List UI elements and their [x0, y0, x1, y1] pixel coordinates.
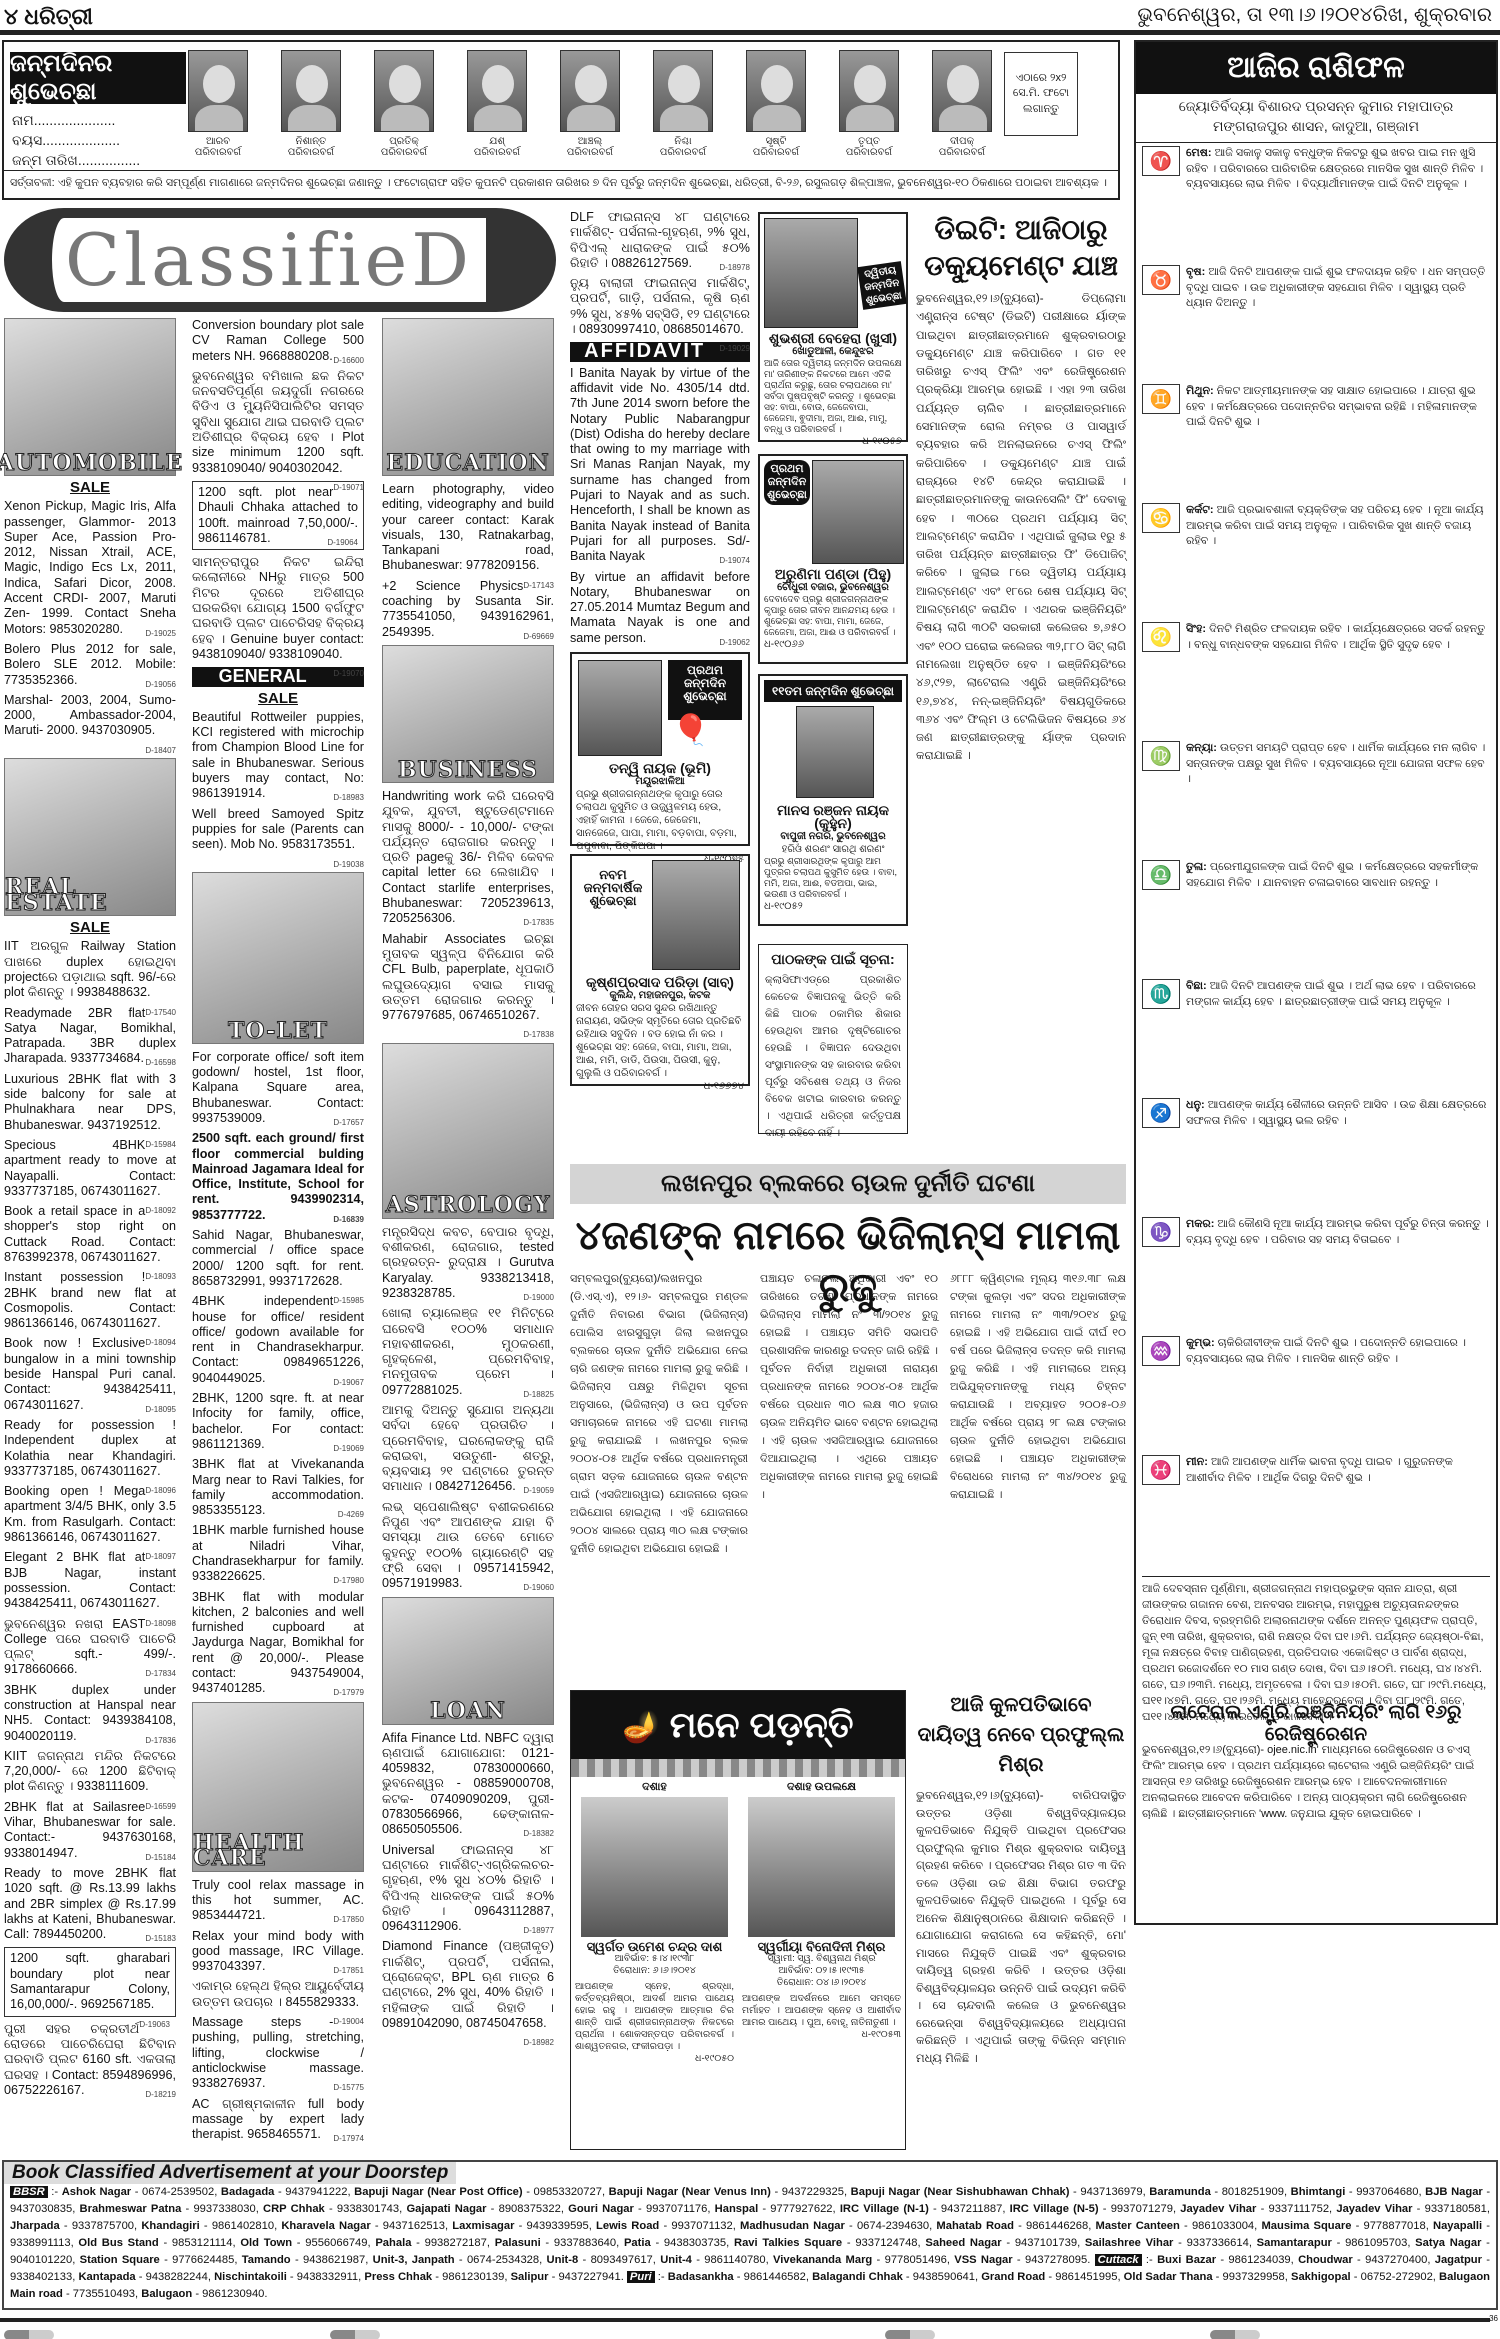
- ad-id: D-17540: [145, 1005, 176, 1020]
- booking-phone: 8908375322: [499, 2203, 561, 2215]
- ad-id: D-18825: [523, 1387, 554, 1402]
- wish-badge: ଦ୍ୱିତୀୟ ଜନ୍ମଦିନ ଶୁଭେଚ୍ଛା: [857, 261, 907, 310]
- booking-phone: 9937071176: [646, 2203, 707, 2215]
- wish-name: ତନ୍ୱି ନାୟକ (ଭୂମି): [576, 762, 744, 775]
- footer-title: Book Classified Advertisement at your Do…: [4, 2162, 456, 2184]
- ad-text: I Banita Nayak by virtue of the affidavi…: [570, 366, 750, 564]
- footer-header: Book Classified Advertisement at your Do…: [4, 2162, 1496, 2184]
- ad-id: ଧ-୧୯୦୫୦: [575, 2053, 734, 2065]
- ad-text: ସାମନ୍ତରାପୁର ନିକଟ ଇନ୍ଦିରା କଲୋନୀରେ NHରୁ ମା…: [192, 555, 364, 661]
- portrait-photo: [748, 1797, 895, 1937]
- sign-prediction: ଉତ୍ତମ ସମୟଟି ପ୍ରାପ୍ତ ହେବ । ଧାର୍ମିକ କାର୍ଯ୍…: [1186, 742, 1485, 785]
- classified-ad: KIIT ଜଗନ୍ନାଥ ମନ୍ଦିର ନିକଟରେ 7,20,000/- ରେ…: [4, 1749, 176, 1795]
- booking-phone: 9338301743: [337, 2203, 399, 2215]
- column-wishes: ଦ୍ୱିତୀୟ ଜନ୍ମଦିନ ଶୁଭେଚ୍ଛା ଶୁଭଶ୍ରୀ ବେହେରା …: [758, 212, 908, 1134]
- leo-icon: ♌: [1142, 622, 1180, 652]
- ad-id: ଧ-୧୬୬୭୪: [576, 1080, 744, 1093]
- horoscope-text: ତୁଳା: ପ୍ରେମୀଯୁଗଳଙ୍କ ପାଇଁ ଦିନଟି ଶୁଭ । କର୍…: [1186, 860, 1490, 975]
- birthday-wish-card: ୧୧ତମ ଜନ୍ମଦିନ ଶୁଭେଚ୍ଛା ମାନସ ରଞ୍ଜନ ନାୟକ (କ…: [758, 674, 908, 926]
- booking-phone: 9778051496: [885, 2254, 947, 2266]
- booking-location: Hanspal: [715, 2203, 759, 2215]
- booking-location: Unit-3, Janpath: [373, 2254, 455, 2266]
- ad-id: D-17851: [333, 1963, 364, 1978]
- booking-location: Madhusudan Nagar: [740, 2220, 845, 2232]
- booking-location: Bhimtangi: [1291, 2186, 1346, 2198]
- booking-phone: 9861234039: [1228, 2254, 1290, 2266]
- kid-card: ନିଶାନ୍ତପରିବାରବର୍ଗ: [281, 50, 341, 158]
- ad-text: IIT ଅରଗୁଳ Railway Station ପାଖରେ duplex ହ…: [4, 939, 176, 999]
- ads-list: Handwriting work କରି ଘରେବସି ଯୁବକ, ଯୁବତୀ,…: [382, 789, 554, 1023]
- booking-phone: 9861140780: [704, 2254, 765, 2266]
- booking-phone: 8018251909: [1222, 2186, 1284, 2198]
- news-body-col: ପଞ୍ଚାୟତ ଚଳାଚଲ ଅଧିକାରୀ ଏବଂ ୧୦ ତାରିଖରେ ତରଣ…: [760, 1270, 938, 1504]
- classified-ad: Ready to move 2BHK flat 1020 sqft. @ Rs.…: [4, 1866, 176, 1942]
- ad-id: D-18092: [145, 1203, 176, 1218]
- classified-logo: ClassifieD: [4, 208, 556, 312]
- booking-location: Old Bus Stand: [78, 2237, 158, 2249]
- kid-card: ଆରବପରିବାରବର୍ଗ: [188, 50, 248, 158]
- ad-id: D-19060: [523, 1580, 554, 1595]
- booking-location: Unit-8: [547, 2254, 579, 2266]
- ad-text: ମନ୍ତ୍ରସିଦ୍ଧ କବଚ, ବେପାର ବୃଦ୍ଧି, ବଶୀକରଣ, ର…: [382, 1225, 554, 1300]
- classified-ad: Universal ଫାଇନାନ୍ସ ୪୮ ଘଣ୍ଟାରେ ମାର୍କଶିଟ୍-…: [382, 1843, 554, 1935]
- aries-icon: ♈: [1142, 146, 1180, 176]
- ad-text: Beautiful Rottweiler puppies, KCI regist…: [192, 710, 364, 800]
- sign-prediction: ଚାକିରିଜୀବୀଙ୍କ ପାଇଁ ଦିନଟି ଶୁଭ । ପଦୋନ୍ନତି …: [1186, 1337, 1466, 1365]
- ad-id: D-19004: [333, 2014, 364, 2029]
- kid-photo: [839, 50, 899, 132]
- kid-name: ଆରବ: [188, 136, 248, 147]
- loan-banner: LOAN: [382, 1597, 554, 1725]
- booking-phone: 06752-272902: [1361, 2271, 1433, 2283]
- kid-family: ପରିବାରବର୍ଗ: [281, 147, 341, 158]
- classified-ad: Learn photography, video editing, videog…: [382, 482, 554, 574]
- section-heading: SALE: [4, 920, 176, 935]
- obituary-title-text: ମନେ ପଡ଼ନ୍ତି: [670, 1704, 854, 1745]
- booking-phone: 7735510493: [73, 2288, 135, 2300]
- booking-phone: 9861446268: [1026, 2220, 1088, 2232]
- ad-text: ନ୍ୟୁ ବାଲାଜୀ ଫାଇନାନ୍ସ ମାର୍କଶିଟ୍, ପ୍ରପର୍ଟି…: [570, 276, 750, 336]
- ad-id: D-18977: [523, 1923, 554, 1938]
- kid-name: ଯଶ୍: [467, 136, 527, 147]
- booking-location: Jayadev Vihar: [1180, 2203, 1256, 2215]
- pisces-icon: ♓: [1142, 1455, 1180, 1485]
- ad-id: D-19062: [719, 635, 750, 650]
- horoscope-text: ସିଂହ: ଦିନଟି ମିଶ୍ରିତ ଫଳଦାୟକ ରହିବ । କାର୍ଯ୍…: [1186, 622, 1490, 737]
- photo-slot: ଏଠାରେ ୨x୨ ସେ.ମି. ଫଟୋ ଲଗାନ୍ତୁ: [1004, 52, 1078, 136]
- sign-name: ମୀନ:: [1186, 1456, 1208, 1468]
- ad-id: D-18382: [523, 1826, 554, 1841]
- news-body: ଭୁବନେଶ୍ୱର,୧୨।୬(ବ୍ୟୁରୋ)- ଡିପ୍ଲୋମା ଏଣ୍ଟ୍ରା…: [916, 290, 1126, 766]
- kid-family: ପରିବାରବର୍ଗ: [746, 147, 806, 158]
- booking-phone: 9437941222: [285, 2186, 347, 2198]
- birthday-coupon-title: ଜନ୍ମଦିନର ଶୁଭେଚ୍ଛା: [10, 52, 186, 104]
- wish-name: ଅରୁଣିମା ପଣ୍ଡା (ପିହୁ): [764, 568, 902, 581]
- business-banner: BUSINESS: [382, 645, 554, 783]
- ad-id: D-17834: [145, 1666, 176, 1681]
- booking-phone: 9438590641: [913, 2271, 975, 2283]
- horoscope-item: ♒କୁମ୍ଭ: ଚାକିରିଜୀବୀଙ୍କ ପାଇଁ ଦିନଟି ଶୁଭ । ପ…: [1142, 1336, 1490, 1451]
- booking-phone: 9438621987: [303, 2254, 365, 2266]
- virgo-icon: ♍: [1142, 741, 1180, 771]
- category-label: LOAN: [430, 1704, 506, 1719]
- wish-body: ପ୍ରଭୁ ଶ୍ରୀସାରଥିଙ୍କ କୃପାରୁ ଆମ ପୁତ୍ରର ଚଲାପ…: [764, 856, 902, 900]
- ad-id: D-15184: [145, 1850, 176, 1865]
- news-headline: ଡିଇଟି: ଆଜିଠାରୁ ଡକ୍ୟୁମେଣ୍ଟ ଯାଞ୍ଚ: [916, 212, 1126, 284]
- news-body: ଭୁବନେଶ୍ୱର,୧୨।୬(ବ୍ୟୁରୋ)- ବାରିପଦାସ୍ଥିତ ଉତ୍…: [916, 1788, 1126, 2068]
- sign-prediction: ଆଜି କୌଣସି ନୂଆ କାର୍ଯ୍ୟ ଆରମ୍ଭ କରିବା ପୂର୍ବର…: [1186, 1218, 1489, 1246]
- ad-id: D-18096: [145, 1483, 176, 1498]
- booking-phone: 0674-2394630: [857, 2220, 929, 2232]
- age-field[interactable]: ବୟସ....................: [12, 132, 120, 149]
- wish-name: ମାନସ ରଞ୍ଜନ ନାୟକ (କୁହୁନ): [764, 804, 902, 830]
- booking-location: Jharpada: [10, 2220, 60, 2232]
- kid-name: ତୃପ୍ତ: [839, 136, 899, 147]
- ad-id: ଧ-୧୯୦୫୩: [742, 2029, 901, 2041]
- booking-phone: 9437030835: [10, 2203, 72, 2215]
- booking-footer: Book Classified Advertisement at your Do…: [2, 2160, 1498, 2310]
- ad-id: D-19070: [333, 666, 364, 681]
- kid-family: ପରିବାରବର୍ଗ: [560, 147, 620, 158]
- classified-ad: AC ଗ୍ରୀଷ୍ମକାଳୀନ full body massage by exp…: [192, 2097, 364, 2143]
- classified-ad: Sahid Nagar, Bhubaneswar, commercial / o…: [192, 1228, 364, 1289]
- category-label: REAL ESTATE: [5, 880, 175, 911]
- ad-text: ଲଭ୍ ସ୍ପେଶାଲିଷ୍ଟ ବଶୀକରଣରେ ନିପୁଣ ଏବଂ ଆପଣଙ୍…: [382, 1500, 554, 1590]
- ad-id: D-17143: [523, 578, 554, 593]
- booking-location: Old Town: [240, 2237, 292, 2249]
- booking-phone: 9337336614: [1187, 2237, 1249, 2249]
- ads-list: ମନ୍ତ୍ରସିଦ୍ଧ କବଚ, ବେପାର ବୃଦ୍ଧି, ବଶୀକରଣ, ର…: [382, 1225, 554, 1592]
- ad-id: D-19064: [327, 535, 358, 550]
- header-rule: [0, 30, 1500, 35]
- classified-ad: 1BHK marble furnished house at Niladri V…: [192, 1523, 364, 1584]
- horoscope-text: ଧନୁ: ଆପଣଙ୍କ କାର୍ଯ୍ୟ ଶୈଳୀରେ ଉନ୍ନତି ଆସିବ ।…: [1186, 1098, 1490, 1213]
- ad-id: D-17979: [333, 1685, 364, 1700]
- booking-phone: 0674-2539502: [142, 2186, 214, 2198]
- astrology-banner: ASTROLOGY: [382, 1043, 554, 1219]
- classified-ad: For corporate office/ soft item godown/ …: [192, 1050, 364, 1126]
- booking-location: Press Chhak: [364, 2271, 432, 2283]
- booking-location: Station Square: [80, 2254, 160, 2266]
- booking-location: Satya Nagar: [1415, 2237, 1481, 2249]
- ad-id: D-18098: [145, 1616, 176, 1631]
- booking-location: Kharavela Nagar: [281, 2220, 370, 2232]
- horoscope-item: ♑ମକର: ଆଜି କୌଣସି ନୂଆ କାର୍ଯ୍ୟ ଆରମ୍ଭ କରିବା …: [1142, 1217, 1490, 1332]
- column-education-business: EDUCATION Learn photography, video editi…: [382, 318, 554, 2050]
- ads-list: Beautiful Rottweiler puppies, KCI regist…: [192, 710, 364, 853]
- news-body-col: ୬୮୮୮ କ୍ୱିଣ୍ଟାଲ ମୂଲ୍ୟ ୩୧୬.୩୮ ଲକ୍ଷ ଟଙ୍କା କ…: [950, 1270, 1126, 1504]
- booking-phone: 0674-2534328: [467, 2254, 539, 2266]
- ad-id: ଧ-୧୯୦୫୭: [764, 435, 902, 448]
- booking-location: Laxmisagar: [452, 2220, 514, 2232]
- horoscope-author: ଜ୍ୟୋତିର୍ବିଦ୍ୟା ବିଶାରଦ ପ୍ରସନ୍ନ କୁମାର ମହାପ…: [1136, 96, 1496, 143]
- classified-ad: Well breed Samoyed Spitz puppies for sal…: [192, 807, 364, 853]
- ad-id: D-19063: [139, 2017, 170, 2032]
- ad-text: Sahid Nagar, Bhubaneswar, commercial / o…: [192, 1228, 364, 1288]
- booking-phone: 9337180581: [1425, 2203, 1487, 2215]
- sign-prediction: ଆପଣଙ୍କ କାର୍ଯ୍ୟ ଶୈଳୀରେ ଉନ୍ନତି ଆସିବ । ଉଚ୍ଚ…: [1186, 1099, 1486, 1127]
- ad-text: Diamond Finance (ପଞ୍ଜୀକୃତ) ମାର୍କଶିଟ୍, ପ୍…: [382, 1939, 554, 2029]
- wish-name: କୃଷ୍ଣପ୍ରସାଦ ପରିଡ଼ା (ସାବ୍): [576, 976, 744, 989]
- ad-id: D-16839: [333, 1212, 364, 1227]
- ad-id: D-19074: [719, 553, 750, 568]
- wish-sub: ହରିଓଁ ଶରଣଂ ସାରଥି ଶରଣଂ: [764, 843, 902, 856]
- booking-location: Vivekananda Marg: [773, 2254, 872, 2266]
- classified-ad: Relax your mind body with good massage, …: [192, 1929, 364, 1975]
- booking-location: Old Sadar Thana: [1124, 2271, 1213, 2283]
- ad-text: For corporate office/ soft item godown/ …: [192, 1050, 364, 1125]
- ad-id: D-19056: [145, 677, 176, 692]
- classified-ad: ଭୁବନେଶ୍ୱର ବମିଖାଲ ଛକ ନିକଟ ଜନବସତିପୂର୍ଣ୍ଣ ଜ…: [192, 369, 364, 476]
- page-number: 36: [1489, 2314, 1498, 2323]
- kid-family: ପରିବାରବର୍ଗ: [932, 147, 992, 158]
- news-det: ଡିଇଟି: ଆଜିଠାରୁ ଡକ୍ୟୁମେଣ୍ଟ ଯାଞ୍ଚ ଭୁବନେଶ୍ୱ…: [916, 212, 1126, 766]
- booking-location: Balugaon: [141, 2288, 192, 2300]
- ad-id: D-18407: [145, 743, 176, 758]
- obituary-title: 🪔 ମନେ ପଡ଼ନ୍ତି: [571, 1691, 905, 1759]
- booking-location: Bapuji Nagar (Near Post Office): [354, 2186, 522, 2198]
- wish-place: ବାପୁଜୀ ନଗର, ଭୁବନେଶ୍ୱର: [764, 830, 902, 843]
- ad-text: KIIT ଜଗନ୍ନାଥ ମନ୍ଦିର ନିକଟରେ 7,20,000/- ରେ…: [4, 1749, 176, 1794]
- booking-location: Gouri Nagar: [568, 2203, 634, 2215]
- obituary-label: ଦଶାହ: [575, 1781, 734, 1793]
- horoscope-item: ♌ସିଂହ: ଦିନଟି ମିଶ୍ରିତ ଫଳଦାୟକ ରହିବ । କାର୍ଯ…: [1142, 622, 1490, 737]
- ad-id: ଧ-୧୯୦୬୬: [764, 638, 902, 651]
- booking-location: Pahala: [375, 2237, 411, 2249]
- horoscope-item: ♏ବିଛା: ଆଜି ଦିନଟି ଆପଣଙ୍କ ପାଇଁ ଶୁଭ । ଅର୍ଥ …: [1142, 979, 1490, 1094]
- booking-phone: 9938272187: [425, 2237, 487, 2249]
- sign-prediction: ଆଜି ପ୍ରଭାବଶାଳୀ ବ୍ୟକ୍ତିଙ୍କ ସହ ପରିଚୟ ହେବ ।…: [1186, 504, 1484, 547]
- obituary-entry: ଦଶାହ ଉପଲକ୍ଷେ ସ୍ୱର୍ଗୀୟା ବିନୋଦିନୀ ମିଶ୍ର ସ୍…: [742, 1781, 901, 2065]
- kid-name: ନିଶ୍ଚା: [653, 136, 713, 147]
- booking-phone: 9437162513: [383, 2220, 445, 2232]
- wish-place: ଚୌଧୁରୀ ବଜାର, ଭୁବନେଶ୍ୱର: [764, 581, 902, 594]
- ad-text: ଆମକୁ ଦିଅନ୍ତୁ ସୁଯୋଗ ଅନ୍ୟଥା ସର୍ବଦା ହେବେ ପ୍…: [382, 1403, 554, 1493]
- ad-text: Xenon Pickup, Magic Iris, Alfa passenger…: [4, 499, 176, 635]
- ad-id: D-18097: [145, 1549, 176, 1564]
- ad-text: Learn photography, video editing, videog…: [382, 482, 554, 572]
- classified-ad: ନ୍ୟୁ ବାଲାଜୀ ଫାଇନାନ୍ସ ମାର୍କଶିଟ୍, ପ୍ରପର୍ଟି…: [570, 276, 750, 337]
- ad-id: D-15775: [333, 2080, 364, 2095]
- ad-id: D-15183: [145, 1931, 176, 1946]
- balloons-icon: 🎈: [672, 724, 709, 737]
- booking-phone: 9778877018: [1363, 2220, 1425, 2232]
- ad-id: D-16600: [333, 353, 364, 368]
- obituary-body: ଆପଣଙ୍କ ଅଦର୍ଶନରେ ଆମେ ସମସ୍ତେ ମର୍ମାହତ । ଆପଣ…: [742, 1993, 901, 2029]
- classified-ad: Handwriting work କରି ଘରେବସି ଯୁବକ, ଯୁବତୀ,…: [382, 789, 554, 927]
- birthday-wish-card: ପ୍ରଥମ ଜନ୍ମଦିନ ଶୁଭେଚ୍ଛା 🎈 ତନ୍ୱି ନାୟକ (ଭୂମ…: [570, 652, 750, 846]
- horoscope-text: ବୃଷ: ଆଜି ଦିନଟି ଆପଣଙ୍କ ପାଇଁ ଶୁଭ ଫଳଦାୟକ ରହ…: [1186, 265, 1490, 380]
- sagittarius-icon: ♐: [1142, 1098, 1180, 1128]
- gemini-icon: ♊: [1142, 384, 1180, 414]
- booking-phone: 9338402133: [10, 2271, 72, 2283]
- horoscope-item: ♈ମେଷ: ଆଜି ସକାଳୁ ସକାଳୁ ବନ୍ଧୁଙ୍କ ନିକଟରୁ ଶୁ…: [1142, 146, 1490, 261]
- obituary-sub: ସ୍ୱାମୀ: ସ୍ୱ. ବିଶ୍ୱନାଥ ମିଶ୍ର: [742, 1953, 901, 1965]
- classified-ad: ଲଭ୍ ସ୍ପେଶାଲିଷ୍ଟ ବଶୀକରଣରେ ନିପୁଣ ଏବଂ ଆପଣଙ୍…: [382, 1500, 554, 1592]
- birthday-wish-card: ପ୍ରଥମ ଜନ୍ମଦିନ ଶୁଭେଚ୍ଛା ଅରୁଣିମା ପଣ୍ଡା (ପି…: [758, 454, 908, 664]
- booking-phone: 9853121114: [172, 2237, 233, 2249]
- booking-phone: 9861402810: [212, 2220, 274, 2232]
- ads-list: For corporate office/ soft item godown/ …: [192, 1050, 364, 1697]
- booking-phone: 9438332911: [297, 2271, 358, 2283]
- obituary-entry: ଦଶାହ ସ୍ୱର୍ଗତ ଉମେଶ ଚନ୍ଦ୍ର ଦାଶ ଆବିର୍ଭାବ: ୫…: [575, 1781, 734, 2065]
- sign-prediction: ନିକଟ ଆତ୍ମୀୟମାନଙ୍କ ସହ ସାକ୍ଷାତ ହୋଇପାରେ । ଯ…: [1186, 385, 1477, 428]
- ad-id: D-4269: [338, 1507, 364, 1522]
- booking-location: Jayadev Vihar: [1336, 2203, 1412, 2215]
- ad-id: D-19029: [719, 341, 750, 356]
- sign-prediction: ଆଜି ଦିନଟି ଆପଣଙ୍କ ପାଇଁ ଶୁଭ ଫଳଦାୟକ ରହିବ । …: [1186, 266, 1485, 309]
- sign-name: ସିଂହ:: [1186, 623, 1206, 635]
- ad-text: Afifa Finance Ltd. NBFC ଦ୍ୱାରା ଋଣପାଇଁ ଯୋ…: [382, 1731, 554, 1837]
- birthday-wish-card: ନବମ ଜନ୍ମବାର୍ଷିକ ଶୁଭେଚ୍ଛା କୃଷ୍ଣପ୍ରସାଦ ପରି…: [570, 854, 750, 1086]
- ad-id: D-69669: [523, 629, 554, 644]
- horoscope-item: ♓ମୀନ: ଆଜି ଆପଣଙ୍କ ଧାର୍ମିକ ଭାବନା ବୃଦ୍ଧି ପା…: [1142, 1455, 1490, 1570]
- horoscope-item: ♍କନ୍ୟା: ଉତ୍ତମ ସମୟଟି ପ୍ରାପ୍ତ ହେବ । ଧାର୍ମି…: [1142, 741, 1490, 856]
- kid-photo: [467, 50, 527, 132]
- classified-ad: IIT ଅରଗୁଳ Railway Station ପାଖରେ duplex ହ…: [4, 939, 176, 1000]
- kid-photo: [560, 50, 620, 132]
- booking-phone: 8093497617: [591, 2254, 653, 2266]
- classified-ad: 3BHK duplex under construction at Hanspa…: [4, 1683, 176, 1744]
- ad-text: Luxurious 2BHK flat with 3 side balcony …: [4, 1072, 176, 1132]
- booking-phone: 9337124748: [855, 2237, 917, 2249]
- sign-name: ତୁଳା:: [1186, 861, 1207, 873]
- kid-photo: [746, 50, 806, 132]
- ad-id: D-16598: [145, 1055, 176, 1070]
- ad-text: 1200 sqft. gharabari boundary plot near …: [10, 1951, 170, 2011]
- death-date: ତିରୋଧାନ: ୦୪।୬।୨୦୧୪: [742, 1977, 901, 1989]
- booking-phone: 9040101220: [10, 2254, 72, 2266]
- classified-ad: ପୁରୀ ସହର ଚକ୍ରତୀର୍ଥ ରୋଡରେ ପାଚେରିଘେରା ଛିଟି…: [4, 2022, 176, 2098]
- ad-id: D-18978: [719, 260, 750, 275]
- birth-date: ଆବିର୍ଭାବ: ୫।୪।୧୯୩୮: [575, 1953, 734, 1965]
- booking-phone: 9937064680: [1356, 2186, 1418, 2198]
- news-body-col: ସମ୍ବଲପୁର(ବ୍ୟୁରୋ)/ଲଖନପୁର (ଡି.ଏସ୍.ଏ), ୧୨।୬…: [570, 1270, 748, 1558]
- news-body: ଭୁବନେଶ୍ୱର,୧୨।୬(ବ୍ୟୁରୋ)- ojee.nic.in' ମାଧ…: [1142, 1742, 1490, 1822]
- registration-mark: [330, 2330, 380, 2339]
- booking-location: IRC Village (N-1): [840, 2203, 929, 2215]
- booking-location: Balagandi Chhak: [812, 2271, 903, 2283]
- kid-name: ଦୀପକ୍: [932, 136, 992, 147]
- wish-badge: ନବମ ଜନ୍ମବାର୍ଷିକ ଶୁଭେଚ୍ଛା: [578, 868, 648, 907]
- sign-prediction: ଆଜି ଦିନଟି ଆପଣଙ୍କ ପାଇଁ ଶୁଭ । ଅର୍ଥ ଲାଭ ହେବ…: [1186, 980, 1476, 1008]
- booking-location: Unit-4: [660, 2254, 692, 2266]
- kid-card: ତୃପ୍ତପରିବାରବର୍ଗ: [839, 50, 899, 158]
- ad-id: D-18093: [145, 1269, 176, 1284]
- to-let-banner: TO-LET: [192, 872, 364, 1044]
- booking-phone: 9776624485: [172, 2254, 234, 2266]
- booking-phone: 9861095703: [1345, 2237, 1407, 2249]
- category-label: HEALTH CARE: [193, 1836, 363, 1867]
- ad-text: By virtue an affidavit before Notary, Bh…: [570, 570, 750, 645]
- classified-ad: By virtue an affidavit before Notary, Bh…: [570, 570, 750, 646]
- ad-text: Ready to move 2BHK flat 1020 sqft. @ Rs.…: [4, 1866, 176, 1941]
- aquarius-icon: ♒: [1142, 1336, 1180, 1366]
- sign-name: ମିଥୁନ:: [1186, 385, 1214, 397]
- horoscope-text: କର୍କଟ: ଆଜି ପ୍ରଭାବଶାଳୀ ବ୍ୟକ୍ତିଙ୍କ ସହ ପରିଚ…: [1186, 503, 1490, 618]
- classified-ad: 2BHK, 1200 sqre. ft. at near Infocity fo…: [192, 1391, 364, 1452]
- ad-id: D-19067: [333, 1375, 364, 1390]
- horoscope-item: ♋କର୍କଟ: ଆଜି ପ୍ରଭାବଶାଳୀ ବ୍ୟକ୍ତିଙ୍କ ସହ ପରି…: [1142, 503, 1490, 618]
- ads-list: Learn photography, video editing, videog…: [382, 482, 554, 640]
- booking-location: Saheed Nagar: [925, 2237, 1001, 2249]
- booking-phone: 9437270400: [1365, 2254, 1427, 2266]
- booking-location: Mahatab Road: [936, 2220, 1014, 2232]
- cancer-icon: ♋: [1142, 503, 1180, 533]
- portrait-photo: [581, 1797, 728, 1937]
- author-name: ଜ୍ୟୋତିର୍ବିଦ୍ୟା ବିଶାରଦ ପ୍ରସନ୍ନ କୁମାର ମହାପ…: [1136, 96, 1496, 116]
- sign-name: କର୍କଟ:: [1186, 504, 1214, 516]
- ad-id: ଧ-୧୯୦୫୨: [764, 900, 902, 913]
- wish-body: ଆଜି ତୋର ଦ୍ୱିତୀୟ ଜନ୍ମଦିନ ଉପଲକ୍ଷେ ମା' ତାରି…: [764, 358, 902, 435]
- ad-id: D-17835: [523, 915, 554, 930]
- page-label: ୪ ଧରିତ୍ରୀ: [4, 4, 93, 30]
- ad-id: D-19059: [523, 1483, 554, 1498]
- child-photo: [796, 706, 874, 798]
- name-field[interactable]: ନାମ.....................: [12, 112, 115, 129]
- ads-list: Xenon Pickup, Magic Iris, Alfa passenger…: [4, 499, 176, 738]
- booking-location: Sakhigopal: [1291, 2271, 1351, 2283]
- section-heading: SALE: [192, 691, 364, 706]
- wish-place: ଖୋଡୁଆଳୀ, କେନ୍ଦୁଝର: [764, 345, 902, 358]
- horoscope-text: ମେଷ: ଆଜି ସକାଳୁ ସକାଳୁ ବନ୍ଧୁଙ୍କ ନିକଟରୁ ଶୁଭ…: [1186, 146, 1490, 261]
- booking-phone: 9439339595: [527, 2220, 589, 2232]
- news-headline: ଆଜି କୁଳପତିଭାବେ ଦାୟିତ୍ୱ ନେବେ ପ୍ରଫୁଲ୍ଲ ମିଶ…: [916, 1690, 1126, 1780]
- kid-family: ପରିବାରବର୍ଗ: [653, 147, 713, 158]
- booking-location: Bapuji Nagar (Near Sishubhawan Chhak): [851, 2186, 1070, 2198]
- kid-family: ପରିବାରବର୍ଗ: [374, 147, 434, 158]
- kid-photo: [281, 50, 341, 132]
- category-label: EDUCATION: [386, 456, 549, 471]
- classified-ad: ଆମକୁ ଦିଅନ୍ତୁ ସୁଯୋଗ ଅନ୍ୟଥା ସର୍ବଦା ହେବେ ପ୍…: [382, 1403, 554, 1495]
- classified-ad: Truly cool relax massage in this hot sum…: [192, 1878, 364, 1924]
- child-photo: [812, 460, 904, 564]
- ads-list: IIT ଅରଗୁଳ Railway Station ପାଖରେ duplex ହ…: [4, 939, 176, 2098]
- wish-body: ଦେବାଦେବ ପ୍ରଭୁ ଶ୍ରୀଜଗନ୍ନାଥଙ୍କ କୃପାରୁ ତୋର …: [764, 594, 902, 638]
- ad-text: Marshal- 2003, 2004, Sumo-2000, Ambassad…: [4, 693, 176, 738]
- classified-ad: 3BHK flat at Vivekananda Marg near to Ra…: [192, 1457, 364, 1518]
- ad-text: ଖୋଲା ଚ୍ୟାଲେଞ୍ଜ ୧୧ ମିନିଟ୍‌ରେ ଘରେବସି ୧୦୦% …: [382, 1306, 554, 1396]
- child-photo: [764, 218, 858, 328]
- news-kicker: ଲଖନପୁର ବ୍ଲକରେ ଚାଉଳ ଦୁର୍ନୀତି ଘଟଣା: [570, 1164, 1126, 1204]
- news-vc: ଆଜି କୁଳପତିଭାବେ ଦାୟିତ୍ୱ ନେବେ ପ୍ରଫୁଲ୍ଲ ମିଶ…: [916, 1690, 1126, 2068]
- wish-body: ପ୍ରଭୁ ଶ୍ରୀଜଗନ୍ନାଥଙ୍କ କୃପାରୁ ତୋର ଚଲାପଥ କୁ…: [576, 788, 744, 853]
- ad-id: D-17836: [145, 1733, 176, 1748]
- dob-field[interactable]: ଜନ୍ମ ତାରିଖ................: [12, 152, 140, 169]
- booking-phone: 9861033004: [1192, 2220, 1254, 2232]
- obituary-name: ସ୍ୱର୍ଗୀୟା ବିନୋଦିନୀ ମିଶ୍ର: [742, 1941, 901, 1953]
- registration-mark: [1210, 2330, 1260, 2339]
- booking-phone: 9437101739: [1015, 2237, 1077, 2249]
- obituary-body: ଆପଣଙ୍କ ସ୍ନେହ, ଶ୍ରଦ୍ଧା, କର୍ତ୍ତବ୍ୟନିଷ୍ଠା, …: [575, 1981, 734, 2053]
- ad-text: ଏକାମ୍ର ହେଲ୍ଥ ହିଲ୍ର ଆୟୁର୍ବେଦୀୟ ଉତ୍ତମ ଉପଚା…: [192, 1979, 364, 2008]
- obituary-name: ସ୍ୱର୍ଗତ ଉମେଶ ଚନ୍ଦ୍ର ଦାଶ: [575, 1941, 734, 1953]
- booking-location: Patia: [624, 2237, 651, 2249]
- column-automobile-realestate: AUTOMOBILE SALE Xenon Pickup, Magic Iris…: [4, 318, 176, 2103]
- death-date: ତିରୋଧାନ: ୬।୬।୨୦୧୪: [575, 1965, 734, 1977]
- booking-phone: 9777927622: [770, 2203, 832, 2215]
- ad-id: D-17838: [523, 1027, 554, 1042]
- horoscope-panel: ଆଜିର ରାଶିଫଳ ଜ୍ୟୋତିର୍ବିଦ୍ୟା ବିଶାରଦ ପ୍ରସନ୍…: [1134, 40, 1498, 1925]
- child-photo: [652, 860, 740, 970]
- sign-prediction: ପ୍ରେମୀଯୁଗଳଙ୍କ ପାଇଁ ଦିନଟି ଶୁଭ । କର୍ମକ୍ଷେତ…: [1186, 861, 1478, 889]
- booking-phone: 9437136979: [1080, 2186, 1142, 2198]
- classified-ad: Mahabir Associates ଇଚ୍ଛା ମୁତାବକ ସ୍ୱଳ୍ପ ବ…: [382, 932, 554, 1024]
- booking-location: VSS Nagar: [954, 2254, 1012, 2266]
- ad-text: Universal ଫାଇନାନ୍ସ ୪୮ ଘଣ୍ଟାରେ ମାର୍କଶିଟ୍-…: [382, 1843, 554, 1933]
- booking-location: Ashok Nagar: [62, 2186, 131, 2198]
- classified-ad: ଏକାମ୍ର ହେଲ୍ଥ ହିଲ୍ର ଆୟୁର୍ବେଦୀୟ ଉତ୍ତମ ଉପଚା…: [192, 1979, 364, 2010]
